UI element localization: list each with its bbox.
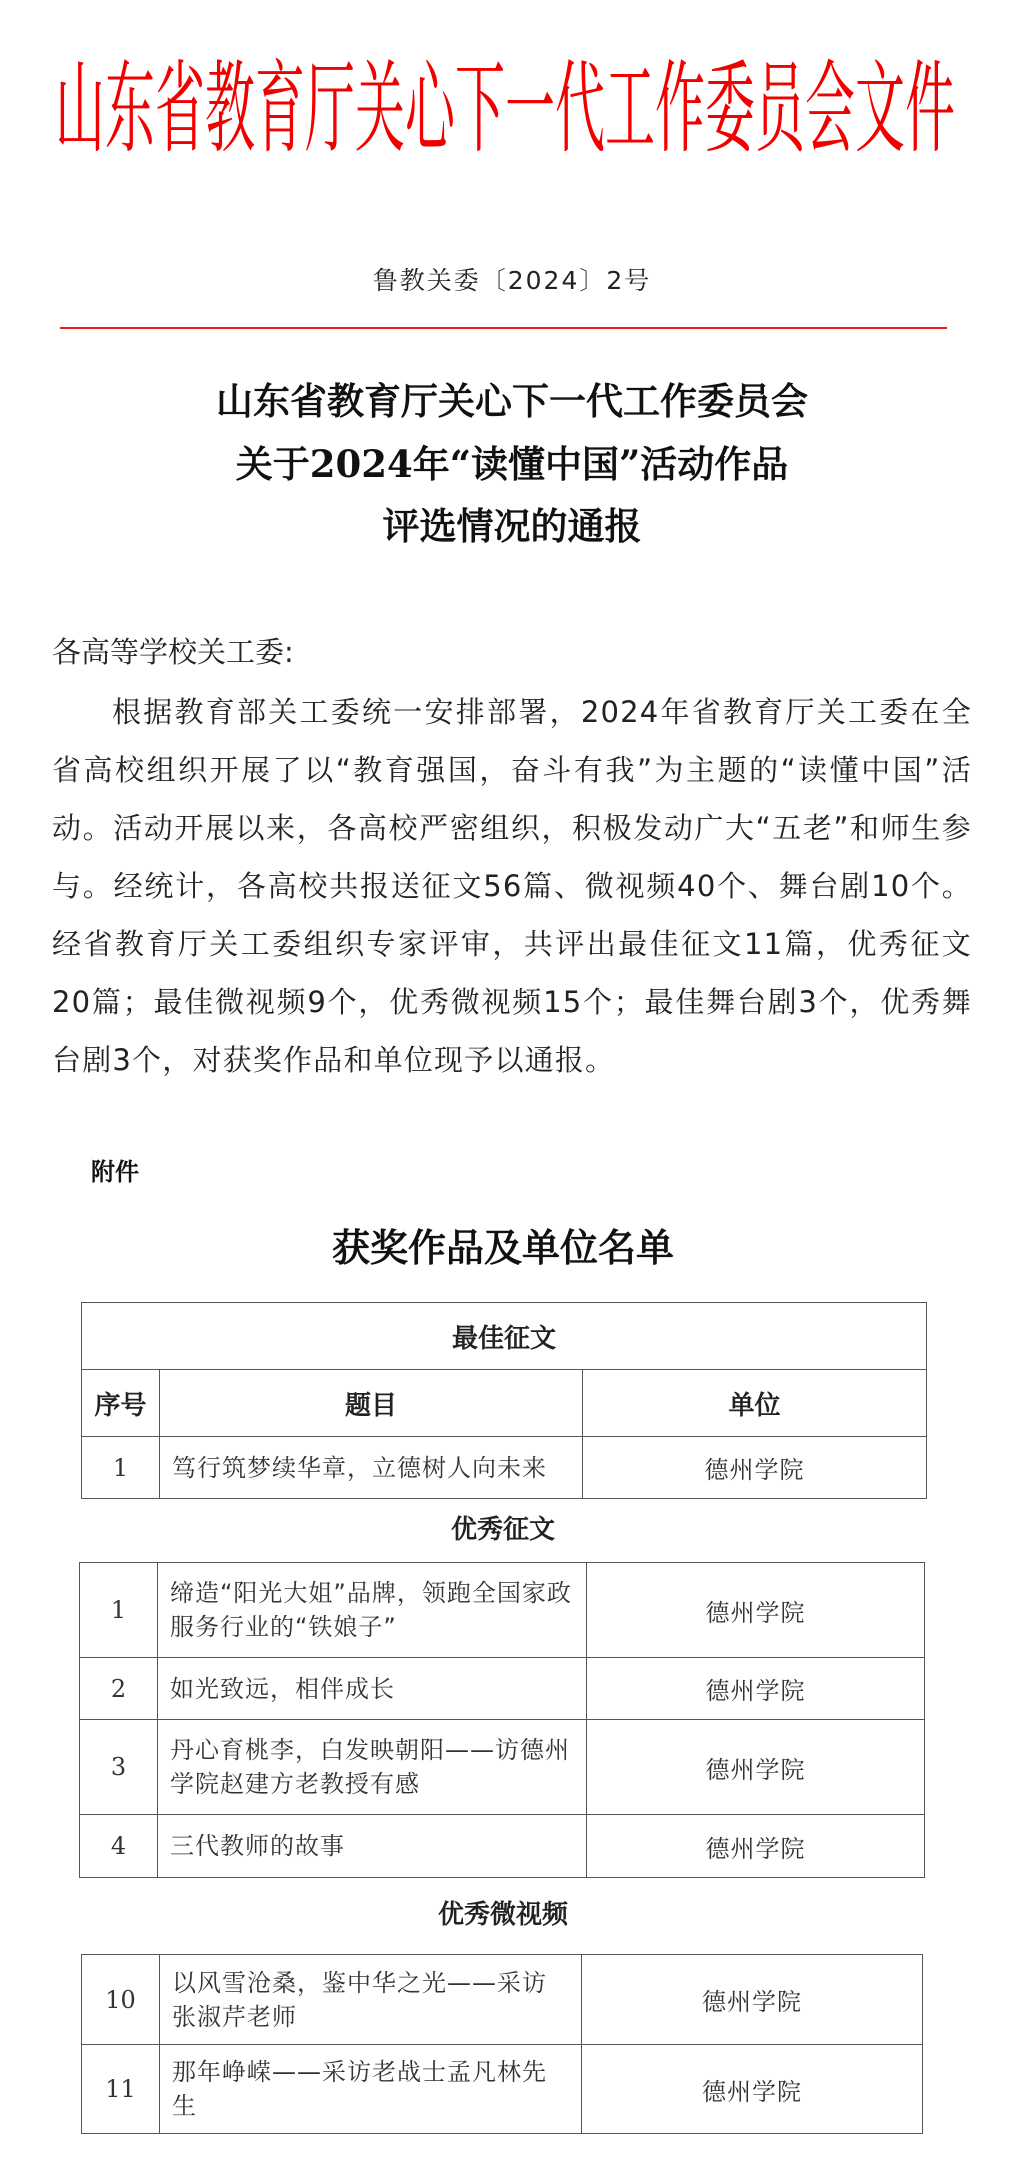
row-num: 1 <box>80 1563 158 1658</box>
column-header-unit: 单位 <box>583 1370 927 1437</box>
table-row: 10 以风雪沧桑，鉴中华之光——采访张淑芹老师 德州学院 <box>82 1955 923 2045</box>
row-num: 4 <box>80 1815 158 1878</box>
row-title: 丹心育桃李，白发映朝阳——访德州学院赵建方老教授有感 <box>158 1720 587 1815</box>
row-num: 2 <box>80 1658 158 1720</box>
row-title: 三代教师的故事 <box>158 1815 587 1878</box>
row-title: 笃行筑梦续华章，立德树人向未来 <box>160 1437 583 1499</box>
table-header-row: 序号 题目 单位 <box>82 1370 927 1437</box>
letterhead-divider <box>60 327 947 329</box>
row-title: 那年峥嵘——采访老战士孟凡林先生 <box>160 2045 582 2134</box>
row-unit: 德州学院 <box>587 1815 925 1878</box>
notice-title-line-1: 山东省教育厅关心下一代工作委员会 <box>0 379 1024 423</box>
row-unit: 德州学院 <box>587 1563 925 1658</box>
issuer-letterhead: 山东省教育厅关心下一代工作委员会文件 <box>72 52 938 166</box>
excellent-video-table: 10 以风雪沧桑，鉴中华之光——采访张淑芹老师 德州学院 11 那年峥嵘——采访… <box>81 1954 923 2134</box>
excellent-essay-table: 1 缔造“阳光大姐”品牌，领跑全国家政服务行业的“铁娘子” 德州学院 2 如光致… <box>79 1562 925 1878</box>
row-num: 10 <box>82 1955 160 2045</box>
column-header-title: 题目 <box>160 1370 583 1437</box>
table-row: 1 笃行筑梦续华章，立德树人向未来 德州学院 <box>82 1437 927 1499</box>
row-unit: 德州学院 <box>587 1720 925 1815</box>
section-caption-excellent-essay: 优秀征文 <box>0 1513 1006 1547</box>
row-unit: 德州学院 <box>583 1437 927 1499</box>
table-row: 2 如光致远，相伴成长 德州学院 <box>80 1658 925 1720</box>
column-header-num: 序号 <box>82 1370 160 1437</box>
row-num: 11 <box>82 2045 160 2134</box>
table-row: 1 缔造“阳光大姐”品牌，领跑全国家政服务行业的“铁娘子” 德州学院 <box>80 1563 925 1658</box>
row-title: 以风雪沧桑，鉴中华之光——采访张淑芹老师 <box>160 1955 582 2045</box>
notice-title-line-2: 关于2024年“读懂中国”活动作品 <box>0 442 1024 486</box>
row-unit: 德州学院 <box>582 1955 923 2045</box>
row-num: 1 <box>82 1437 160 1499</box>
award-list-heading: 获奖作品及单位名单 <box>0 1226 1006 1270</box>
row-title: 缔造“阳光大姐”品牌，领跑全国家政服务行业的“铁娘子” <box>158 1563 587 1658</box>
best-essay-table: 最佳征文 序号 题目 单位 1 笃行筑梦续华章，立德树人向未来 德州学院 <box>81 1302 927 1499</box>
body-paragraph: 根据教育部关工委统一安排部署，2024年省教育厅关工委在全省高校组织开展了以“教… <box>52 683 972 1089</box>
salutation: 各高等学校关工委: <box>52 623 972 681</box>
document-number: 鲁教关委〔2024〕2号 <box>262 264 762 298</box>
table-caption: 最佳征文 <box>82 1303 927 1370</box>
notice-title-line-3: 评选情况的通报 <box>0 504 1024 548</box>
section-caption-excellent-video: 优秀微视频 <box>0 1898 1006 1932</box>
attachment-label: 附件 <box>91 1156 139 1188</box>
table-row: 11 那年峥嵘——采访老战士孟凡林先生 德州学院 <box>82 2045 923 2134</box>
row-num: 3 <box>80 1720 158 1815</box>
table-row: 3 丹心育桃李，白发映朝阳——访德州学院赵建方老教授有感 德州学院 <box>80 1720 925 1815</box>
row-title: 如光致远，相伴成长 <box>158 1658 587 1720</box>
issuer-title: 山东省教育厅关心下一代工作委员会文件 <box>55 52 955 166</box>
row-unit: 德州学院 <box>587 1658 925 1720</box>
row-unit: 德州学院 <box>582 2045 923 2134</box>
table-row: 4 三代教师的故事 德州学院 <box>80 1815 925 1878</box>
